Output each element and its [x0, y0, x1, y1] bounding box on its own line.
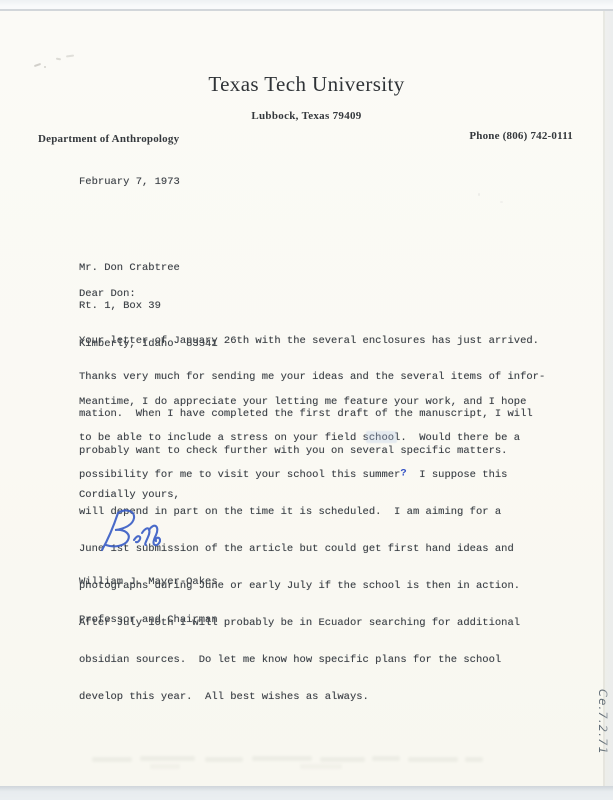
pencil-scuff	[66, 54, 74, 57]
ink-bleedthrough	[465, 757, 483, 762]
ink-bleedthrough	[205, 757, 243, 762]
paragraph-1-line: Your letter of January 26th with the sev…	[79, 335, 545, 347]
paper-speck	[500, 201, 503, 203]
ink-bleedthrough	[140, 756, 195, 761]
letterhead-department: Department of Anthropology	[38, 133, 179, 145]
ink-bleedthrough	[320, 757, 365, 762]
paragraph-2-line: obsidian sources. Do let me know how spe…	[79, 654, 526, 666]
scanner-edge-bottom	[0, 786, 613, 800]
letterhead-university-name: Texas Tech University	[0, 73, 613, 96]
letter-date: February 7, 1973	[79, 176, 180, 188]
ink-bleedthrough	[300, 764, 342, 769]
ink-bleedthrough	[408, 757, 458, 762]
ink-bleedthrough	[150, 764, 180, 769]
ink-bleedthrough	[252, 756, 312, 761]
complimentary-closing: Cordially yours,	[79, 489, 180, 501]
recipient-name: Mr. Don Crabtree	[79, 262, 218, 275]
sender-name: William J. Mayer-Oakes	[79, 576, 218, 589]
salutation: Dear Don:	[79, 288, 136, 300]
paragraph-2-line: to be able to include a stress on your f…	[79, 432, 526, 444]
paragraph-2-line: develop this year. All best wishes as al…	[79, 691, 526, 703]
letter-page: Texas Tech University Lubbock, Texas 794…	[0, 11, 613, 786]
pencil-scuff	[44, 66, 46, 68]
pencil-scuff	[56, 58, 61, 60]
letterhead-city-line: Lubbock, Texas 79409	[0, 110, 613, 122]
ink-bleedthrough	[92, 757, 132, 762]
scanned-letter: Texas Tech University Lubbock, Texas 794…	[0, 0, 613, 800]
sender-title: Professor and Chairman	[79, 614, 218, 627]
letterhead-phone: Phone (806) 742-0111	[469, 130, 573, 142]
line-text-before-mark: possibility for me to visit your school …	[79, 469, 400, 481]
paragraph-2-line: Meantime, I do appreciate your letting m…	[79, 396, 526, 408]
paper-speck	[478, 193, 480, 196]
paragraph-2-line-with-inserted-question-mark: possibility for me to visit your school …	[79, 469, 526, 481]
signature-block: William J. Mayer-Oakes Professor and Cha…	[79, 550, 218, 652]
ink-bleedthrough	[372, 756, 400, 761]
handwritten-question-mark: ?	[400, 468, 406, 480]
scanner-edge-top	[0, 0, 613, 11]
line-text-after-mark: I suppose this	[407, 469, 508, 481]
page-right-edge-shadow	[605, 11, 613, 786]
correction-smudge	[366, 431, 397, 443]
pencil-scuff	[34, 63, 41, 67]
